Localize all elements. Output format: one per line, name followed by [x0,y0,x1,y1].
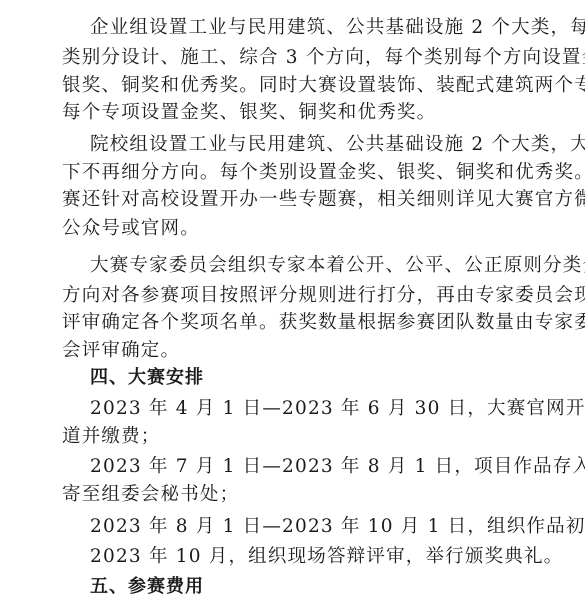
paragraph-college-line-4: 公众号或官网。 [62,218,522,240]
section-heading-fees: 五、参赛费用 [90,576,550,598]
paragraph-committee-line-4: 会评审确定。 [62,340,522,362]
section-heading-schedule: 四、大赛安排 [90,367,550,389]
paragraph-college-line-3: 赛还针对高校设置开办一些专题赛，相关细则详见大赛官方微信 [62,189,522,211]
paragraph-enterprise-line-4: 每个专项设置金奖、银奖、铜奖和优秀奖。 [62,102,522,124]
schedule-item-1-line-1: 2023 年 4 月 1 日—2023 年 6 月 30 日，大赛官网开放报名通 [90,398,522,420]
schedule-item-2-line-1: 2023 年 7 月 1 日—2023 年 8 月 1 日，项目作品存入 U 盘… [90,456,522,478]
schedule-item-1-line-2: 道并缴费； [62,426,522,448]
paragraph-committee-line-2: 方向对各参赛项目按照评分规则进行打分，再由专家委员会现场 [62,285,522,307]
paragraph-committee-line-1: 大赛专家委员会组织专家本着公开、公平、公正原则分类分 [90,255,522,277]
schedule-item-3: 2023 年 8 月 1 日—2023 年 10 月 1 日，组织作品初评； [90,516,522,538]
paragraph-enterprise-line-3: 银奖、铜奖和优秀奖。同时大赛设置装饰、装配式建筑两个专项， [62,75,522,97]
paragraph-college-line-1: 院校组设置工业与民用建筑、公共基础设施 2 个大类，大类 [90,134,522,156]
paragraph-enterprise-line-2: 类别分设计、施工、综合 3 个方向，每个类别每个方向设置金奖、 [62,47,522,69]
schedule-item-4: 2023 年 10 月，组织现场答辩评审，举行颁奖典礼。 [90,546,522,568]
paragraph-committee-line-3: 评审确定各个奖项名单。获奖数量根据参赛团队数量由专家委员 [62,312,522,334]
paragraph-enterprise-line-1: 企业组设置工业与民用建筑、公共基础设施 2 个大类，每个 [90,17,522,39]
paragraph-college-line-2: 下不再细分方向。每个类别设置金奖、银奖、铜奖和优秀奖。大 [62,162,522,184]
schedule-item-2-line-2: 寄至组委会秘书处； [62,484,522,506]
document-page: 企业组设置工业与民用建筑、公共基础设施 2 个大类，每个 类别分设计、施工、综合… [0,0,585,605]
